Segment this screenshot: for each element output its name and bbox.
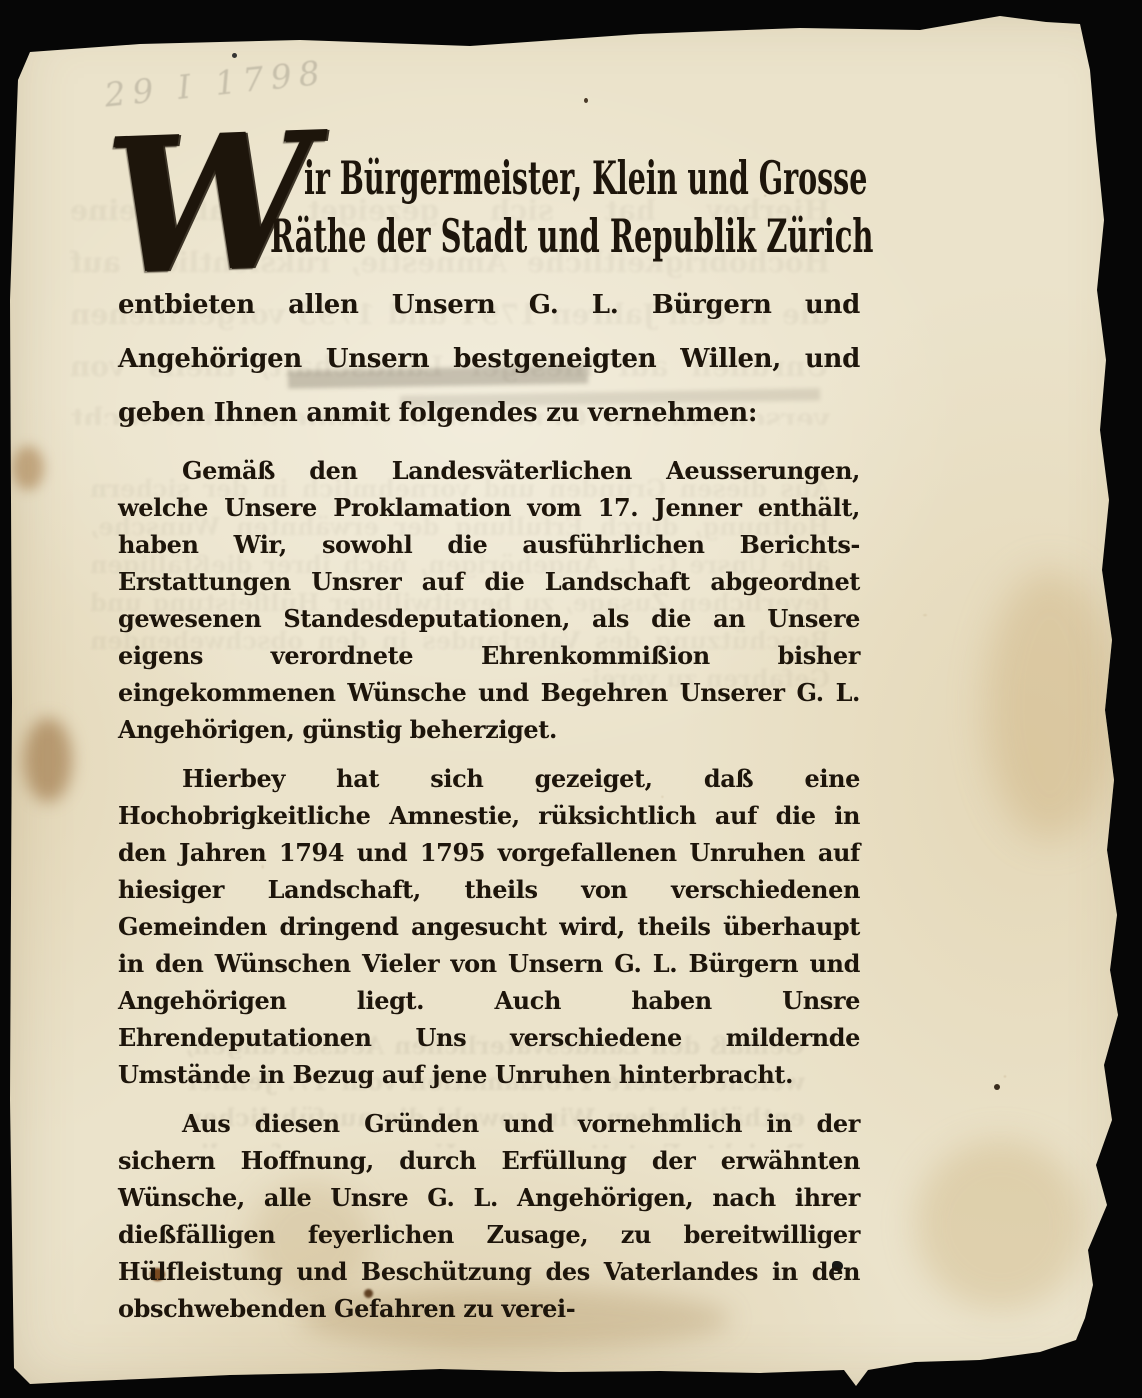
- document-page: Hierbey hat sich gezeiget, daß eine Hoch…: [0, 0, 1142, 1398]
- body-paragraph-3: Aus diesen Gründen und vornehmlich in de…: [118, 1105, 860, 1327]
- foxing-stain: [24, 718, 72, 802]
- tan-stain: [985, 570, 1115, 840]
- scan-background: Hierbey hat sich gezeiget, daß eine Hoch…: [0, 0, 1142, 1398]
- heading-line-1: ir Bürgermeister, Klein und Grosse: [304, 150, 649, 206]
- ink-speck: [994, 1084, 1000, 1090]
- ink-speck: [232, 53, 237, 58]
- printed-text-block: W ir Bürgermeister, Klein und Grosse Rät…: [118, 150, 860, 1327]
- heading-line-2: Räthe der Stadt und Republik Zürich: [270, 208, 642, 264]
- body-paragraph-2: Hierbey hat sich gezeiget, daß eine Hoch…: [118, 760, 860, 1093]
- ink-speck: [584, 98, 588, 103]
- foxing-stain: [12, 446, 44, 490]
- tan-stain: [915, 1140, 1085, 1310]
- body-paragraph-1: Gemäß den Landesväterlichen Aeusserungen…: [118, 452, 860, 748]
